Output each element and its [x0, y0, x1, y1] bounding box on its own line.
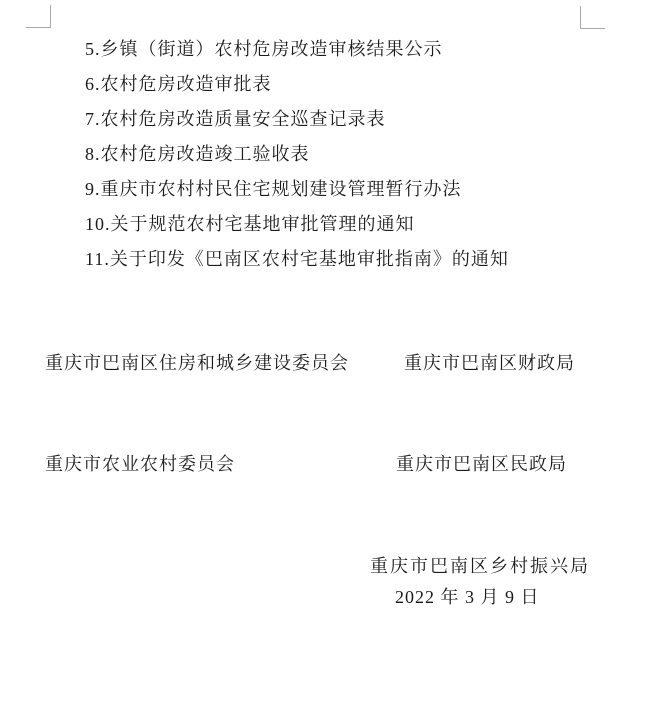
signatory-civil-affairs-bureau: 重庆市巴南区民政局 [396, 450, 567, 476]
text-boundary-mark-top-left [26, 5, 51, 28]
text-boundary-mark-top-right [580, 6, 605, 29]
signatory-agriculture-rural-committee: 重庆市农业农村委员会 [45, 450, 235, 476]
list-item: 9.重庆市农村村民住宅规划建设管理暂行办法 [85, 172, 623, 207]
attachment-list: 5.乡镇（街道）农村危房改造审核结果公示 6.农村危房改造审批表 7.农村危房改… [85, 32, 623, 277]
list-item: 8.农村危房改造竣工验收表 [85, 137, 623, 172]
list-item: 11.关于印发《巴南区农村宅基地审批指南》的通知 [85, 242, 623, 277]
signatory-finance-bureau: 重庆市巴南区财政局 [404, 349, 575, 375]
signatory-rural-revitalization-bureau: 重庆市巴南区乡村振兴局 [370, 552, 590, 578]
document-page: 5.乡镇（街道）农村危房改造审核结果公示 6.农村危房改造审批表 7.农村危房改… [0, 0, 653, 713]
list-item: 6.农村危房改造审批表 [85, 67, 623, 102]
signatory-housing-urban-rural-committee: 重庆市巴南区住房和城乡建设委员会 [45, 349, 349, 375]
list-item: 5.乡镇（街道）农村危房改造审核结果公示 [85, 32, 623, 67]
document-date: 2022 年 3 月 9 日 [395, 583, 540, 609]
list-item: 7.农村危房改造质量安全巡查记录表 [85, 102, 623, 137]
list-item: 10.关于规范农村宅基地审批管理的通知 [85, 207, 623, 242]
